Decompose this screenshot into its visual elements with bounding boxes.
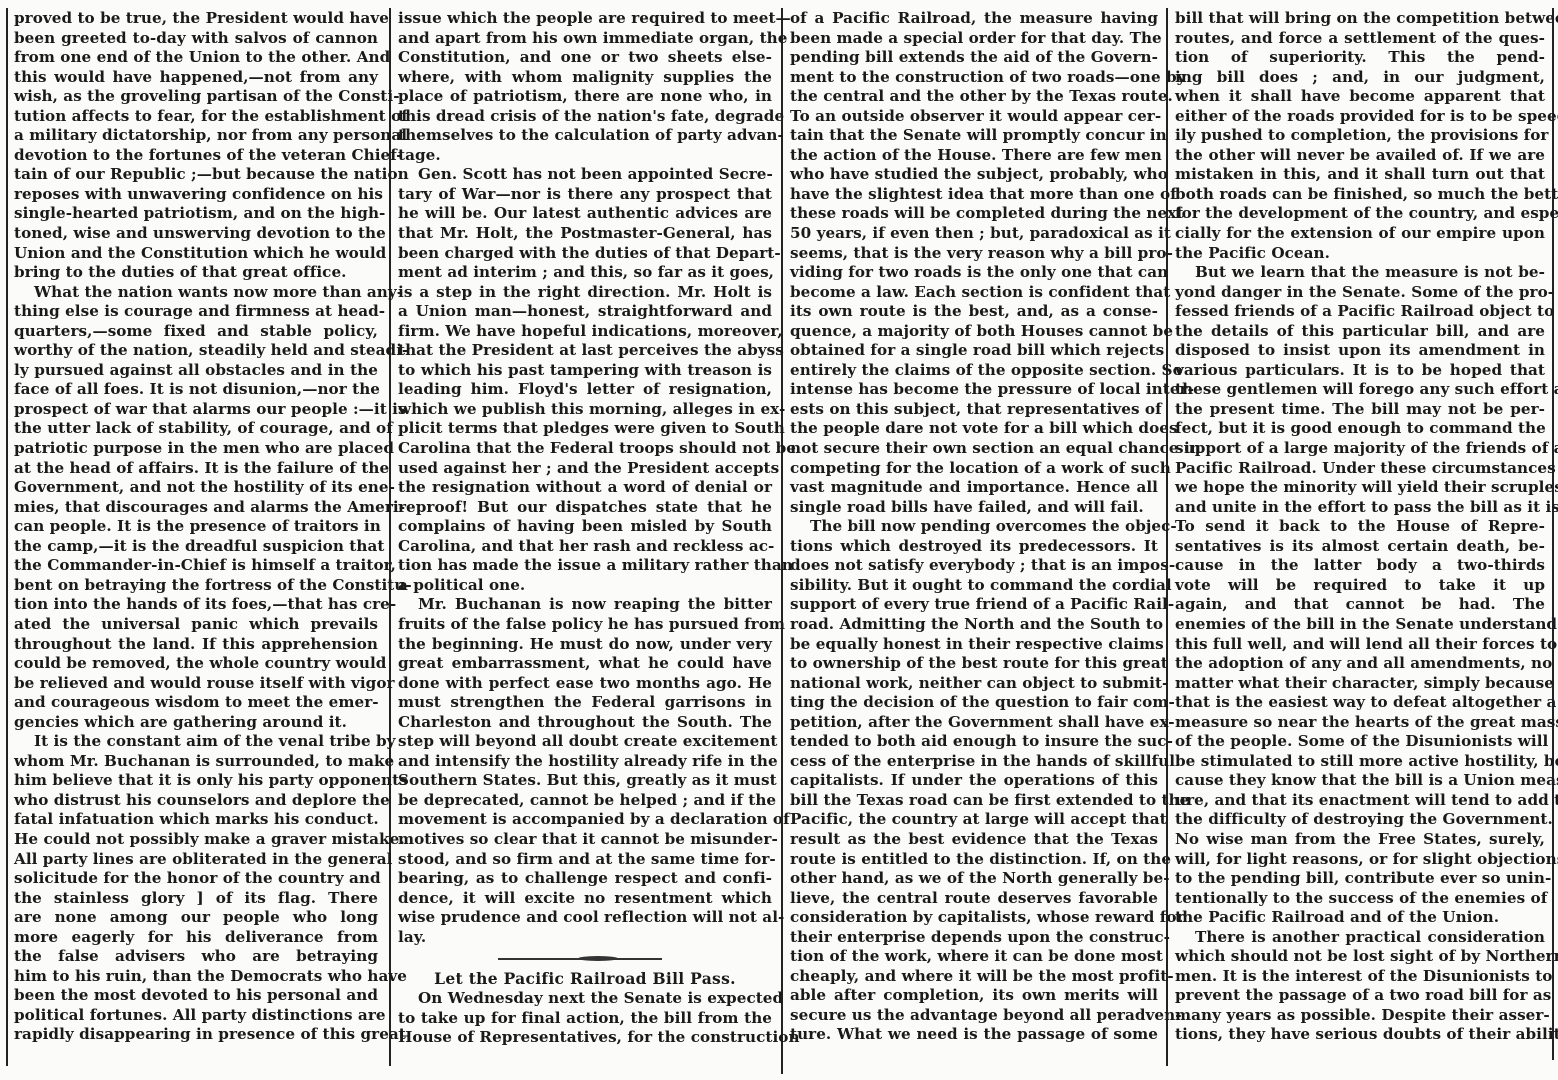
text-line: cause they know that the bill is a Union…: [1175, 771, 1545, 791]
text-line: both roads can be finished, so much the …: [1175, 185, 1545, 205]
text-line: great embarrassment, what he could have: [398, 654, 772, 674]
text-line: tage.: [398, 146, 772, 166]
text-line: ting the decision of the question to fai…: [790, 693, 1158, 713]
text-line: Pacific Railroad. Under these circumstan…: [1175, 459, 1545, 479]
text-line: this dread crisis of the nation's fate, …: [398, 107, 772, 127]
text-line: Carolina that the Federal troops should …: [398, 439, 772, 459]
text-line: step will beyond all doubt create excite…: [398, 732, 772, 752]
text-line: The bill now pending overcomes the objec…: [790, 517, 1158, 537]
text-line: used against her ; and the President acc…: [398, 459, 772, 479]
text-line: for the development of the country, and …: [1175, 204, 1545, 224]
text-line: bring to the duties of that great office…: [14, 263, 378, 283]
text-line: gencies which are gathering around it.: [14, 713, 378, 733]
text-line: Pacific, the country at large will accep…: [790, 810, 1158, 830]
text-line: reproof! But our dispatches state that h…: [398, 498, 772, 518]
column-1: proved to be true, the President would h…: [14, 0, 378, 1080]
text-line: of a Pacific Railroad, the measure havin…: [790, 9, 1158, 29]
text-line: who have studied the subject, probably, …: [790, 165, 1158, 185]
text-line: that the President at last perceives the…: [398, 341, 772, 361]
text-line: tain of our Republic ;—but because the n…: [14, 165, 378, 185]
text-line: single road bills have failed, and will …: [790, 498, 1158, 518]
text-line: lieve, the central route deserves favora…: [790, 889, 1158, 909]
text-line: ure, and that its enactment will tend to…: [1175, 791, 1545, 811]
text-line: him believe that it is only his party op…: [14, 771, 378, 791]
text-line: be relieved and would rouse itself with …: [14, 674, 378, 694]
text-line: No wise man from the Free States, surely…: [1175, 830, 1545, 850]
text-line: Carolina, and that her rash and reckless…: [398, 537, 772, 557]
text-line: been the most devoted to his personal an…: [14, 986, 378, 1006]
text-line: that Mr. Holt, the Postmaster-General, h…: [398, 224, 772, 244]
column-rule: [1552, 8, 1554, 1060]
text-line: to the pending bill, contribute ever so …: [1175, 869, 1545, 889]
text-line: more eagerly for his deliverance from: [14, 928, 378, 948]
text-line: not secure their own section an equal ch…: [790, 439, 1158, 459]
text-line: obtained for a single road bill which re…: [790, 341, 1158, 361]
text-line: tution affects to fear, for the establis…: [14, 107, 378, 127]
text-line: is a step in the right direction. Mr. Ho…: [398, 283, 772, 303]
text-line: at the head of affairs. It is the failur…: [14, 459, 378, 479]
text-line: Gen. Scott has not been appointed Secre-: [398, 165, 772, 185]
text-line: petition, after the Government shall hav…: [790, 713, 1158, 733]
text-line: and courageous wisdom to meet the emer-: [14, 693, 378, 713]
text-line: enemies of the bill in the Senate unders…: [1175, 615, 1545, 635]
text-line: Mr. Buchanan is now reaping the bitter: [398, 595, 772, 615]
text-line: To an outside observer it would appear c…: [790, 107, 1158, 127]
text-line: plicit terms that pledges were given to …: [398, 419, 772, 439]
text-line: have the slightest idea that more than o…: [790, 185, 1158, 205]
text-line: secure us the advantage beyond all perad…: [790, 1006, 1158, 1026]
text-line: support of a large majority of the frien…: [1175, 439, 1545, 459]
text-line: the Commander-in-Chief is himself a trai…: [14, 556, 378, 576]
text-line: motives so clear that it cannot be misun…: [398, 830, 772, 850]
text-line: when it shall have become apparent that: [1175, 87, 1545, 107]
text-line: the central and the other by the Texas r…: [790, 87, 1158, 107]
column-3: of a Pacific Railroad, the measure havin…: [790, 0, 1158, 1080]
text-line: be stimulated to still more active hosti…: [1175, 752, 1545, 772]
article-headline: Let the Pacific Railroad Bill Pass.: [398, 969, 772, 989]
text-line: place of patriotism, there are none who,…: [398, 87, 772, 107]
text-line: be deprecated, cannot be helped ; and if…: [398, 791, 772, 811]
text-line: this full well, and will lend all their …: [1175, 635, 1545, 655]
text-line: the Pacific Ocean.: [1175, 244, 1545, 264]
text-line: national work, neither can object to sub…: [790, 674, 1158, 694]
text-line: matter what their character, simply beca…: [1175, 674, 1545, 694]
text-line: ment ad interim ; and this, so far as it…: [398, 263, 772, 283]
text-line: ated the universal panic which prevails: [14, 615, 378, 635]
text-line: to ownership of the best route for this …: [790, 654, 1158, 674]
text-line: ly pursued against all obstacles and in …: [14, 361, 378, 381]
text-line: the camp,—it is the dreadful suspicion t…: [14, 537, 378, 557]
text-line: the present time. The bill may not be pe…: [1175, 400, 1545, 420]
text-line: patriotic purpose in the men who are pla…: [14, 439, 378, 459]
text-line: 50 years, if even then ; but, paradoxica…: [790, 224, 1158, 244]
text-line: the beginning. He must do now, under ver…: [398, 635, 772, 655]
text-line: whom Mr. Buchanan is surrounded, to make: [14, 752, 378, 772]
text-line: prospect of war that alarms our people :…: [14, 400, 378, 420]
text-line: wise prudence and cool reflection will n…: [398, 908, 772, 928]
text-line: pending bill extends the aid of the Gove…: [790, 48, 1158, 68]
text-line: mistaken in this, and it shall turn out …: [1175, 165, 1545, 185]
text-line: reposes with unwavering confidence on hi…: [14, 185, 378, 205]
text-line: fruits of the false policy he has pursue…: [398, 615, 772, 635]
text-line: cheaply, and where it will be the most p…: [790, 967, 1158, 987]
text-line: the difficulty of destroying the Governm…: [1175, 810, 1545, 830]
column-rule: [6, 8, 8, 1066]
text-line: men. It is the interest of the Disunioni…: [1175, 967, 1545, 987]
text-line: does not satisfy everybody ; that is an …: [790, 556, 1158, 576]
text-line: tions which destroyed its predecessors. …: [790, 537, 1158, 557]
text-line: But we learn that the measure is not be-: [1175, 263, 1545, 283]
text-line: sentatives is its almost certain death, …: [1175, 537, 1545, 557]
text-line: solicitude for the honor of the country …: [14, 869, 378, 889]
text-line: rapidly disappearing in presence of this…: [14, 1025, 378, 1045]
text-line: bill the Texas road can be first extende…: [790, 791, 1158, 811]
text-line: bill that will bring on the competition …: [1175, 9, 1545, 29]
text-line: the details of this particular bill, and…: [1175, 322, 1545, 342]
text-line: result as the best evidence that the Tex…: [790, 830, 1158, 850]
text-line: wish, as the groveling partisan of the C…: [14, 87, 378, 107]
text-line: disposed to insist upon its amendment in: [1175, 341, 1545, 361]
text-line: the false advisers who are betraying: [14, 947, 378, 967]
text-line: the Pacific Railroad and of the Union.: [1175, 908, 1545, 928]
text-line: single-hearted patriotism, and on the hi…: [14, 204, 378, 224]
text-line: the stainless glory ] of its flag. There: [14, 889, 378, 909]
text-line: bent on betraying the fortress of the Co…: [14, 576, 378, 596]
text-line: been charged with the duties of that Dep…: [398, 244, 772, 264]
text-line: vast magnitude and importance. Hence all: [790, 478, 1158, 498]
text-line: these roads will be completed during the…: [790, 204, 1158, 224]
text-line: able after completion, its own merits wi…: [790, 986, 1158, 1006]
text-line: which we publish this morning, alleges i…: [398, 400, 772, 420]
text-line: done with perfect ease two months ago. H…: [398, 674, 772, 694]
text-line: face of all foes. It is not disunion,—no…: [14, 380, 378, 400]
text-line: House of Representatives, for the constr…: [398, 1028, 772, 1048]
text-line: capitalists. If under the operations of …: [790, 771, 1158, 791]
text-line: tion has made the issue a military rathe…: [398, 556, 772, 576]
text-line: toned, wise and unswerving devotion to t…: [14, 224, 378, 244]
text-line: the utter lack of stability, of courage,…: [14, 419, 378, 439]
text-line: Government, and not the hostility of its…: [14, 478, 378, 498]
text-line: we hope the minority will yield their sc…: [1175, 478, 1545, 498]
text-line: entirely the claims of the opposite sect…: [790, 361, 1158, 381]
text-line: Charleston and throughout the South. The: [398, 713, 772, 733]
text-line: proved to be true, the President would h…: [14, 9, 378, 29]
text-line: ests on this subject, that representativ…: [790, 400, 1158, 420]
text-line: sibility. But it ought to command the co…: [790, 576, 1158, 596]
text-line: must strengthen the Federal garrisons in: [398, 693, 772, 713]
text-line: the action of the House. There are few m…: [790, 146, 1158, 166]
text-line: It is the constant aim of the venal trib…: [14, 732, 378, 752]
text-line: All party lines are obliterated in the g…: [14, 850, 378, 870]
text-line: He could not possibly make a graver mist…: [14, 830, 378, 850]
text-line: Union and the Constitution which he woul…: [14, 244, 378, 264]
text-line: this would have happened,—not from any: [14, 68, 378, 88]
text-line: prevent the passage of a two road bill f…: [1175, 986, 1545, 1006]
text-line: who distrust his counselors and deplore …: [14, 791, 378, 811]
text-line: To send it back to the House of Repre-: [1175, 517, 1545, 537]
text-line: the other will never be availed of. If w…: [1175, 146, 1545, 166]
text-line: cess of the enterprise in the hands of s…: [790, 752, 1158, 772]
text-line: a military dictatorship, nor from any pe…: [14, 126, 378, 146]
text-line: ment to the construction of two roads—on…: [790, 68, 1158, 88]
text-line: will, for light reasons, or for slight o…: [1175, 850, 1545, 870]
newspaper-page: proved to be true, the President would h…: [0, 0, 1558, 1080]
text-line: intense has become the pressure of local…: [790, 380, 1158, 400]
column-2: issue which the people are required to m…: [398, 0, 772, 1080]
text-line: tary of War—nor is there any prospect th…: [398, 185, 772, 205]
text-line: many years as possible. Despite their as…: [1175, 1006, 1545, 1026]
text-line: firm. We have hopeful indications, moreo…: [398, 322, 772, 342]
text-line: tion into the hands of its foes,—that ha…: [14, 595, 378, 615]
text-line: routes, and force a settlement of the qu…: [1175, 29, 1545, 49]
text-line: be equally honest in their respective cl…: [790, 635, 1158, 655]
text-line: other hand, as we of the North generally…: [790, 869, 1158, 889]
text-line: that is the easiest way to defeat altoge…: [1175, 693, 1545, 713]
text-line: Southern States. But this, greatly as it…: [398, 771, 772, 791]
text-line: could be removed, the whole country woul…: [14, 654, 378, 674]
text-line: throughout the land. If this apprehensio…: [14, 635, 378, 655]
text-line: vote will be required to take it up: [1175, 576, 1545, 596]
text-line: their enterprise depends upon the constr…: [790, 928, 1158, 948]
text-line: ily pushed to completion, the provisions…: [1175, 126, 1545, 146]
text-line: again, and that cannot be had. The: [1175, 595, 1545, 615]
text-line: become a law. Each section is confident …: [790, 283, 1158, 303]
text-line: various particulars. It is to be hoped t…: [1175, 361, 1545, 381]
text-line: seems, that is the very reason why a bil…: [790, 244, 1158, 264]
text-line: quence, a majority of both Houses cannot…: [790, 322, 1158, 342]
text-line: which should not be lost sight of by Nor…: [1175, 947, 1545, 967]
text-line: movement is accompanied by a declaration…: [398, 810, 772, 830]
text-line: tentionally to the success of the enemie…: [1175, 889, 1545, 909]
text-line: a political one.: [398, 576, 772, 596]
text-line: ing bill does ; and, in our judgment,: [1175, 68, 1545, 88]
text-line: the resignation without a word of denial…: [398, 478, 772, 498]
text-line: devotion to the fortunes of the veteran …: [14, 146, 378, 166]
text-line: yond danger in the Senate. Some of the p…: [1175, 283, 1545, 303]
text-line: these gentlemen will forego any such eff…: [1175, 380, 1545, 400]
text-line: a Union man—honest, straightforward and: [398, 302, 772, 322]
text-line: cially for the extension of our empire u…: [1175, 224, 1545, 244]
text-line: What the nation wants now more than any-: [14, 283, 378, 303]
text-line: tended to both aid enough to insure the …: [790, 732, 1158, 752]
text-line: road. Admitting the North and the South …: [790, 615, 1158, 635]
section-divider: [398, 953, 772, 967]
text-line: can people. It is the presence of traito…: [14, 517, 378, 537]
text-line: thing else is courage and firmness at he…: [14, 302, 378, 322]
text-line: fect, but it is good enough to command t…: [1175, 419, 1545, 439]
text-line: competing for the location of a work of …: [790, 459, 1158, 479]
text-line: its own route is the best, and, as a con…: [790, 302, 1158, 322]
text-line: stood, and so firm and at the same time …: [398, 850, 772, 870]
text-line: and intensify the hostility already rife…: [398, 752, 772, 772]
text-line: from one end of the Union to the other. …: [14, 48, 378, 68]
text-line: where, with whom malignity supplies the: [398, 68, 772, 88]
text-line: him to his ruin, than the Democrats who …: [14, 967, 378, 987]
text-line: the adoption of any and all amendments, …: [1175, 654, 1545, 674]
text-line: themselves to the calculation of party a…: [398, 126, 772, 146]
text-line: the people dare not vote for a bill whic…: [790, 419, 1158, 439]
text-line: been greeted to-day with salvos of canno…: [14, 29, 378, 49]
text-line: consideration by capitalists, whose rewa…: [790, 908, 1158, 928]
text-line: are none among our people who long: [14, 908, 378, 928]
text-line: tain that the Senate will promptly concu…: [790, 126, 1158, 146]
text-line: Constitution, and one or two sheets else…: [398, 48, 772, 68]
text-line: and apart from his own immediate organ, …: [398, 29, 772, 49]
text-line: tions, they have serious doubts of their…: [1175, 1025, 1545, 1045]
text-line: lay.: [398, 928, 772, 948]
text-line: dence, it will excite no resentment whic…: [398, 889, 772, 909]
text-line: bearing, as to challenge respect and con…: [398, 869, 772, 889]
text-line: tion of the work, where it can be done m…: [790, 947, 1158, 967]
text-line: viding for two roads is the only one tha…: [790, 263, 1158, 283]
text-line: measure so near the hearts of the great …: [1175, 713, 1545, 733]
text-line: tion of superiority. This the pend-: [1175, 48, 1545, 68]
text-line: cause in the latter body a two-thirds: [1175, 556, 1545, 576]
column-4: bill that will bring on the competition …: [1175, 0, 1545, 1080]
text-line: On Wednesday next the Senate is expected: [398, 989, 772, 1009]
text-line: been made a special order for that day. …: [790, 29, 1158, 49]
text-line: to take up for final action, the bill fr…: [398, 1009, 772, 1029]
text-line: and unite in the effort to pass the bill…: [1175, 498, 1545, 518]
text-line: complains of having been misled by South: [398, 517, 772, 537]
text-line: support of every true friend of a Pacifi…: [790, 595, 1158, 615]
text-line: worthy of the nation, steadily held and …: [14, 341, 378, 361]
text-line: leading him. Floyd's letter of resignati…: [398, 380, 772, 400]
text-line: quarters,—some fixed and stable policy,: [14, 322, 378, 342]
text-line: mies, that discourages and alarms the Am…: [14, 498, 378, 518]
text-line: route is entitled to the distinction. If…: [790, 850, 1158, 870]
text-line: he will be. Our latest authentic advices…: [398, 204, 772, 224]
text-line: fatal infatuation which marks his conduc…: [14, 810, 378, 830]
text-line: of the people. Some of the Disunionists …: [1175, 732, 1545, 752]
text-line: fessed friends of a Pacific Railroad obj…: [1175, 302, 1545, 322]
text-line: either of the roads provided for is to b…: [1175, 107, 1545, 127]
text-line: issue which the people are required to m…: [398, 9, 772, 29]
text-line: ture. What we need is the passage of som…: [790, 1025, 1158, 1045]
text-line: There is another practical consideration: [1175, 928, 1545, 948]
text-line: political fortunes. All party distinctio…: [14, 1006, 378, 1026]
text-line: to which his past tampering with treason…: [398, 361, 772, 381]
